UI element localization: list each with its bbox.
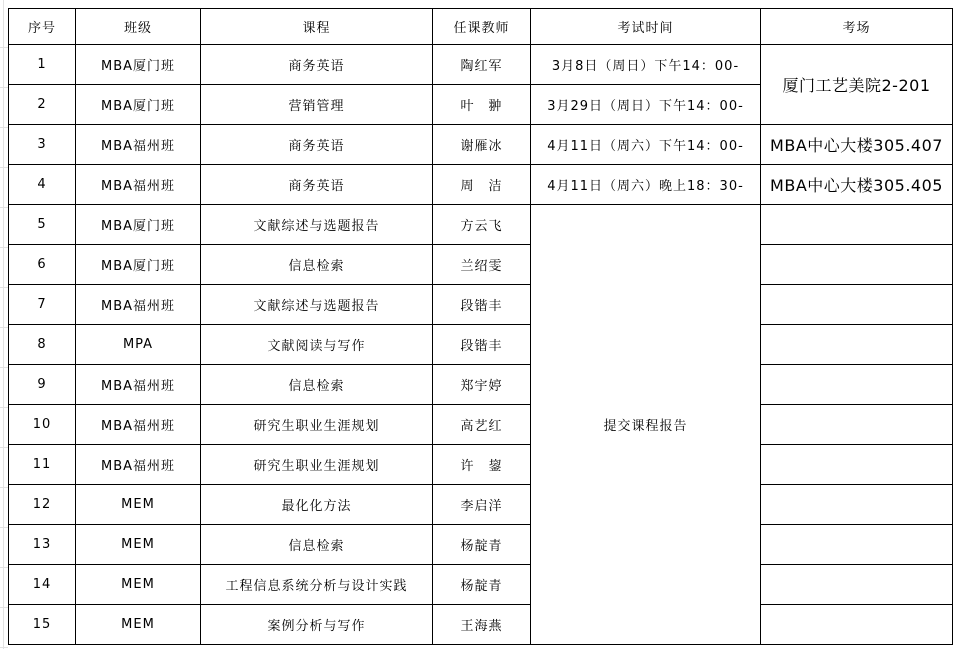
cell-no: 4 <box>9 165 76 205</box>
cell-no: 15 <box>9 605 76 645</box>
cell-course: 研究生职业生涯规划 <box>201 445 433 485</box>
margin-gridline-rows <box>0 8 8 649</box>
cell-room <box>761 365 953 405</box>
cell-class: MPA <box>76 325 201 365</box>
cell-no: 1 <box>9 45 76 85</box>
cell-room <box>761 325 953 365</box>
cell-no: 2 <box>9 85 76 125</box>
cell-no: 14 <box>9 565 76 605</box>
header-no: 序号 <box>9 9 76 45</box>
cell-teacher: 高艺红 <box>433 405 531 445</box>
header-class: 班级 <box>76 9 201 45</box>
cell-course: 营销管理 <box>201 85 433 125</box>
cell-course: 信息检索 <box>201 525 433 565</box>
cell-teacher: 周 洁 <box>433 165 531 205</box>
cell-time: 3月8日（周日）下午14：00- <box>531 45 761 85</box>
table-row: 9MBA福州班信息检索郑宇婷 <box>9 365 953 405</box>
cell-room <box>761 525 953 565</box>
cell-class: MBA福州班 <box>76 125 201 165</box>
cell-teacher: 段锴丰 <box>433 285 531 325</box>
table-row: 1MBA厦门班商务英语陶红军3月8日（周日）下午14：00-厦门工艺美院2-20… <box>9 45 953 85</box>
cell-no: 6 <box>9 245 76 285</box>
spreadsheet-page: 序号 班级 课程 任课教师 考试时间 考场 1MBA厦门班商务英语陶红军3月8日… <box>0 0 956 649</box>
cell-class: MBA厦门班 <box>76 205 201 245</box>
cell-teacher: 陶红军 <box>433 45 531 85</box>
header-course: 课程 <box>201 9 433 45</box>
cell-time: 4月11日（周六）下午14：00- <box>531 125 761 165</box>
cell-class: MBA厦门班 <box>76 245 201 285</box>
table-row: 14MEM工程信息系统分析与设计实践杨靛青 <box>9 565 953 605</box>
cell-time: 3月29日（周日）下午14：00- <box>531 85 761 125</box>
cell-teacher: 兰绍雯 <box>433 245 531 285</box>
cell-teacher: 杨靛青 <box>433 525 531 565</box>
table-row: 5MBA厦门班文献综述与选题报告方云飞提交课程报告 <box>9 205 953 245</box>
cell-course: 文献综述与选题报告 <box>201 205 433 245</box>
cell-course: 商务英语 <box>201 125 433 165</box>
table-row: 12MEM最化化方法李启洋 <box>9 485 953 525</box>
table-row: 6MBA厦门班信息检索兰绍雯 <box>9 245 953 285</box>
cell-class: MBA福州班 <box>76 165 201 205</box>
table-row: 3MBA福州班商务英语谢雁冰4月11日（周六）下午14：00-MBA中心大楼30… <box>9 125 953 165</box>
cell-course: 信息检索 <box>201 365 433 405</box>
cell-teacher: 叶 翀 <box>433 85 531 125</box>
header-room: 考场 <box>761 9 953 45</box>
cell-room <box>761 605 953 645</box>
cell-course: 研究生职业生涯规划 <box>201 405 433 445</box>
cell-class: MEM <box>76 525 201 565</box>
cell-class: MBA福州班 <box>76 405 201 445</box>
cell-course: 信息检索 <box>201 245 433 285</box>
table-row: 8MPA文献阅读与写作段锴丰 <box>9 325 953 365</box>
cell-time: 提交课程报告 <box>531 205 761 645</box>
cell-teacher: 谢雁冰 <box>433 125 531 165</box>
cell-room: MBA中心大楼305.405 <box>761 165 953 205</box>
cell-no: 12 <box>9 485 76 525</box>
cell-room: 厦门工艺美院2-201 <box>761 45 953 125</box>
cell-teacher: 方云飞 <box>433 205 531 245</box>
cell-no: 5 <box>9 205 76 245</box>
table-row: 13MEM信息检索杨靛青 <box>9 525 953 565</box>
cell-course: 文献综述与选题报告 <box>201 285 433 325</box>
cell-room: MBA中心大楼305.407 <box>761 125 953 165</box>
cell-room <box>761 485 953 525</box>
cell-class: MEM <box>76 565 201 605</box>
cell-no: 7 <box>9 285 76 325</box>
cell-course: 文献阅读与写作 <box>201 325 433 365</box>
cell-class: MBA福州班 <box>76 445 201 485</box>
cell-course: 工程信息系统分析与设计实践 <box>201 565 433 605</box>
cell-teacher: 王海燕 <box>433 605 531 645</box>
cell-class: MBA福州班 <box>76 365 201 405</box>
cell-room <box>761 405 953 445</box>
header-time: 考试时间 <box>531 9 761 45</box>
cell-course: 商务英语 <box>201 165 433 205</box>
cell-no: 10 <box>9 405 76 445</box>
cell-room <box>761 285 953 325</box>
cell-time: 4月11日（周六）晚上18：30- <box>531 165 761 205</box>
cell-teacher: 段锴丰 <box>433 325 531 365</box>
cell-course: 案例分析与写作 <box>201 605 433 645</box>
cell-teacher: 杨靛青 <box>433 565 531 605</box>
cell-no: 13 <box>9 525 76 565</box>
cell-no: 9 <box>9 365 76 405</box>
cell-room <box>761 445 953 485</box>
cell-course: 商务英语 <box>201 45 433 85</box>
cell-teacher: 李启洋 <box>433 485 531 525</box>
cell-room <box>761 245 953 285</box>
cell-teacher: 许 鋆 <box>433 445 531 485</box>
cell-class: MEM <box>76 605 201 645</box>
table-row: 4MBA福州班商务英语周 洁4月11日（周六）晚上18：30-MBA中心大楼30… <box>9 165 953 205</box>
exam-schedule-table: 序号 班级 课程 任课教师 考试时间 考场 1MBA厦门班商务英语陶红军3月8日… <box>8 8 953 645</box>
header-teacher: 任课教师 <box>433 9 531 45</box>
cell-class: MEM <box>76 485 201 525</box>
cell-no: 8 <box>9 325 76 365</box>
table-row: 7MBA福州班文献综述与选题报告段锴丰 <box>9 285 953 325</box>
header-row: 序号 班级 课程 任课教师 考试时间 考场 <box>9 9 953 45</box>
cell-class: MBA厦门班 <box>76 85 201 125</box>
cell-room <box>761 205 953 245</box>
cell-room <box>761 565 953 605</box>
cell-teacher: 郑宇婷 <box>433 365 531 405</box>
cell-class: MBA厦门班 <box>76 45 201 85</box>
cell-no: 3 <box>9 125 76 165</box>
cell-course: 最化化方法 <box>201 485 433 525</box>
cell-class: MBA福州班 <box>76 285 201 325</box>
table-row: 11MBA福州班研究生职业生涯规划许 鋆 <box>9 445 953 485</box>
table-row: 10MBA福州班研究生职业生涯规划高艺红 <box>9 405 953 445</box>
table-row: 15MEM案例分析与写作王海燕 <box>9 605 953 645</box>
cell-no: 11 <box>9 445 76 485</box>
